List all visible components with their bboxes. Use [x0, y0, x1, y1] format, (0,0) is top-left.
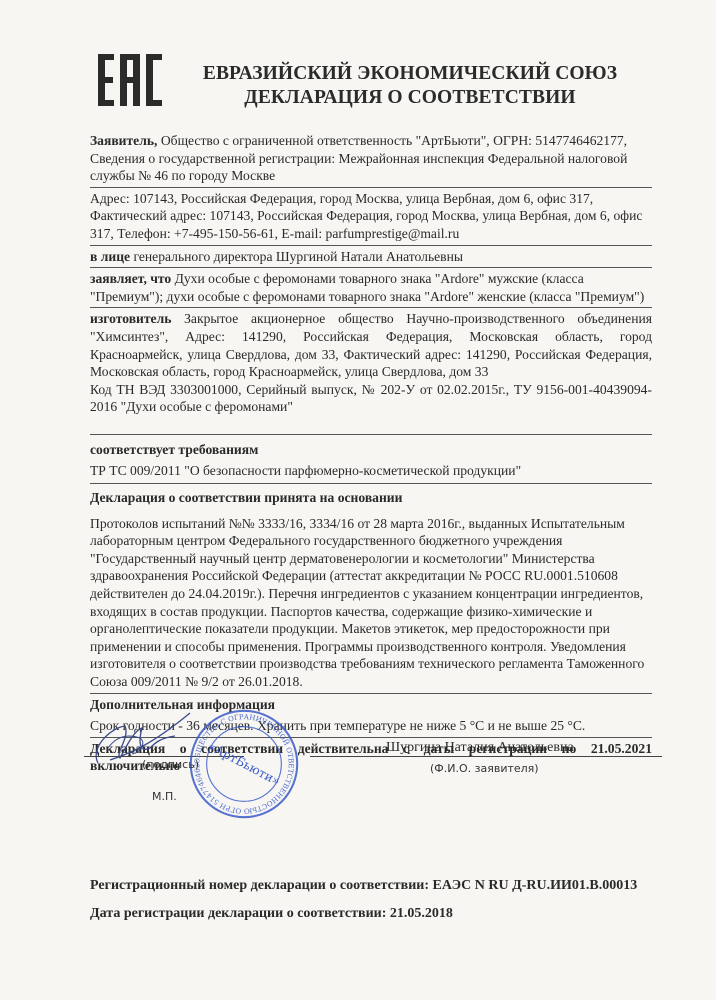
applicant-section: Заявитель, Общество с ограниченной ответ…	[90, 132, 652, 188]
applicant-text: Общество с ограниченной ответственность …	[90, 133, 627, 183]
manufacturer-text: Закрытое акционерное общество Научно-про…	[90, 311, 652, 379]
address-text: Адрес: 107143, Российская Федерация, гор…	[90, 191, 642, 241]
product-code: Код ТН ВЭД 3303001000, Серийный выпуск, …	[90, 381, 652, 416]
declaration-body: Заявитель, Общество с ограниченной ответ…	[90, 132, 652, 779]
represented-by-text: генерального директора Шургиной Натали А…	[130, 249, 463, 264]
eac-mark-icon	[98, 54, 162, 106]
registration-info: Регистрационный номер декларации о соотв…	[90, 877, 670, 933]
registration-date: Дата регистрации декларации о соответств…	[90, 905, 670, 923]
declares-label: заявляет, что	[90, 271, 171, 286]
title-union: ЕВРАЗИЙСКИЙ ЭКОНОМИЧЕСКИЙ СОЮЗ	[180, 62, 640, 86]
declares-section: заявляет, что Духи особые с феромонами т…	[90, 270, 652, 308]
conforms-text: ТР ТС 009/2011 "О безопасности парфюмерн…	[90, 462, 652, 482]
manufacturer-label: изготовитель	[90, 311, 171, 326]
conforms-section: соответствует требованиям ТР ТС 009/2011…	[90, 437, 652, 484]
represented-by-label: в лице	[90, 249, 130, 264]
seal-label: М.П.	[152, 790, 177, 803]
conforms-label: соответствует требованиям	[90, 441, 652, 459]
stamp-company-name: «АртБьюти»	[206, 739, 283, 789]
applicant-label: Заявитель,	[90, 133, 157, 148]
manufacturer-section: изготовитель Закрытое акционерное общест…	[90, 310, 652, 435]
address-section: Адрес: 107143, Российская Федерация, гор…	[90, 190, 652, 246]
applicant-name-caption: (Ф.И.О. заявителя)	[430, 762, 539, 775]
basis-label: Декларация о соответствии принята на осн…	[90, 489, 652, 507]
company-seal-icon: ОБЩЕСТВО С ОГРАНИЧЕННОЙ ОТВЕТСТВЕННОСТЬЮ…	[188, 708, 300, 820]
signature-label: (подпись)	[142, 758, 199, 771]
basis-section: Декларация о соответствии принята на осн…	[90, 486, 652, 694]
applicant-full-name: Шургина Наталия Анатольевна	[386, 740, 574, 756]
represented-by-section: в лице генерального директора Шургиной Н…	[90, 248, 652, 269]
signature-block: ОБЩЕСТВО С ОГРАНИЧЕННОЙ ОТВЕТСТВЕННОСТЬЮ…	[80, 718, 660, 858]
title-declaration: ДЕКЛАРАЦИЯ О СООТВЕТСТВИИ	[180, 86, 640, 110]
registration-number: Регистрационный номер декларации о соотв…	[90, 877, 670, 895]
declares-text: Духи особые с феромонами товарного знака…	[90, 271, 644, 304]
declaration-page: ЕВРАЗИЙСКИЙ ЭКОНОМИЧЕСКИЙ СОЮЗ ДЕКЛАРАЦИ…	[0, 0, 716, 1000]
basis-text: Протоколов испытаний №№ 3333/16, 3334/16…	[90, 515, 652, 691]
name-line	[310, 756, 662, 757]
document-title: ЕВРАЗИЙСКИЙ ЭКОНОМИЧЕСКИЙ СОЮЗ ДЕКЛАРАЦИ…	[180, 62, 640, 110]
